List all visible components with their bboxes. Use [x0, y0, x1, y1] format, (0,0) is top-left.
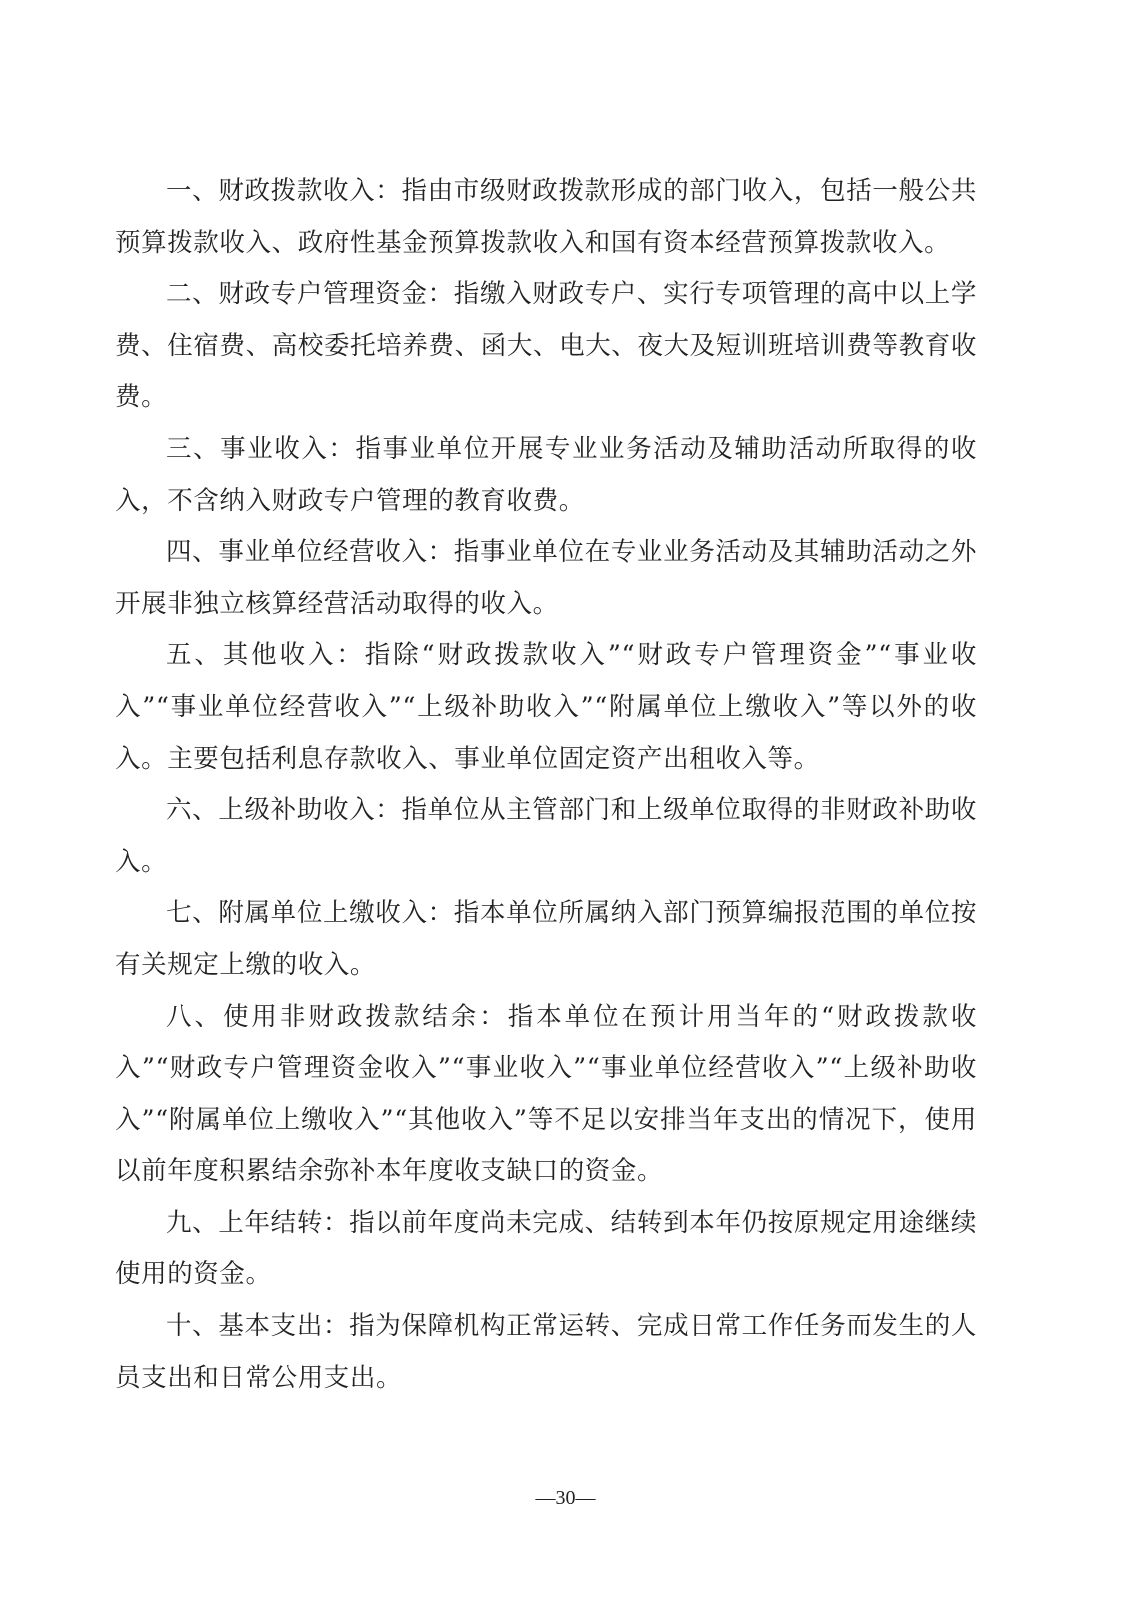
page-number: —30— — [0, 1487, 1131, 1510]
definition-paragraph-8: 八、使用非财政拨款结余：指本单位在预计用当年的“财政拨款收入”“财政专户管理资金… — [115, 992, 977, 1198]
definition-paragraph-10: 十、基本支出：指为保障机构正常运转、完成日常工作任务而发生的人员支出和日常公用支… — [115, 1301, 977, 1404]
definition-paragraph-9: 九、上年结转：指以前年度尚未完成、结转到本年仍按原规定用途继续使用的资金。 — [115, 1198, 977, 1301]
definition-paragraph-5: 五、其他收入：指除“财政拨款收入”“财政专户管理资金”“事业收入”“事业单位经营… — [115, 630, 977, 785]
definition-paragraph-7: 七、附属单位上缴收入：指本单位所属纳入部门预算编报范围的单位按有关规定上缴的收入… — [115, 888, 977, 991]
definition-paragraph-6: 六、上级补助收入：指单位从主管部门和上级单位取得的非财政补助收入。 — [115, 785, 977, 888]
definition-paragraph-1: 一、财政拨款收入：指由市级财政拨款形成的部门收入，包括一般公共预算拨款收入、政府… — [115, 166, 977, 269]
definition-paragraph-4: 四、事业单位经营收入：指事业单位在专业业务活动及其辅助活动之外开展非独立核算经营… — [115, 527, 977, 630]
document-body: 一、财政拨款收入：指由市级财政拨款形成的部门收入，包括一般公共预算拨款收入、政府… — [115, 166, 977, 1404]
definition-paragraph-2: 二、财政专户管理资金：指缴入财政专户、实行专项管理的高中以上学费、住宿费、高校委… — [115, 269, 977, 424]
definition-paragraph-3: 三、事业收入：指事业单位开展专业业务活动及辅助活动所取得的收入，不含纳入财政专户… — [115, 424, 977, 527]
